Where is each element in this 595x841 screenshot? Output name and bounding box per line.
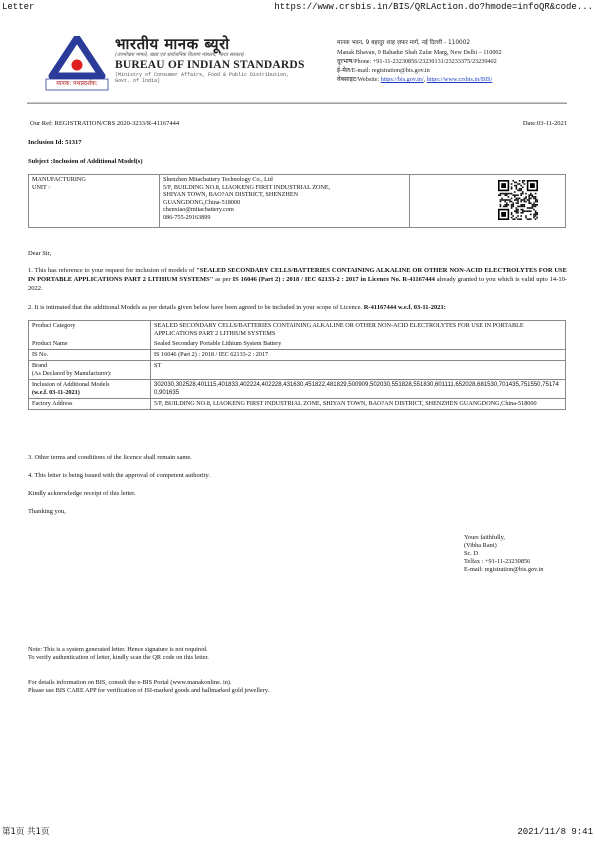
mfg-line: GUANGDONG,China-518000	[163, 199, 406, 207]
licence-effective: R-41167444 w.e.f. 03-11-2021:	[364, 304, 446, 311]
page-number: 第1页 共1页	[2, 827, 50, 838]
table-row: IS No. IS 16046 (Part 2) : 2018 / IEC 62…	[29, 350, 566, 361]
licence-number: R-41167444	[402, 276, 435, 283]
website-label: वेबसाइट/Website:	[337, 76, 381, 83]
manufacturing-unit-label-text: MANUFACTURING UNIT :	[32, 176, 102, 191]
letterhead: मानक: पथप्रदर्शक: भारतीय मानक ब्यूरो (उप…	[40, 36, 570, 96]
model-details-table: Product Category SEALED SECONDARY CELLS/…	[28, 320, 566, 410]
is-no-value: IS 16046 (Part 2) : 2018 / IEC 62133-2 :…	[151, 350, 566, 361]
manufacturing-unit-table: MANUFACTURING UNIT : Shenzhen Mitacbatte…	[28, 174, 566, 228]
address-english: Manak Bhavan, 9 Bahadur Shah Zafar Marg,…	[337, 48, 577, 57]
salutation: Dear Sir,	[28, 249, 567, 258]
mfg-line: Shenzhen Mitacbattery Technology Co., Lt…	[163, 176, 406, 184]
mfg-line: SHIYAN TOWN, BAO?AN DISTRICT, SHENZHEN	[163, 191, 406, 199]
acknowledge-line: Kindly acknowledge receipt of this lette…	[28, 489, 567, 498]
signatory-designation: Sc. D	[464, 550, 543, 558]
table-row: Product Category SEALED SECONDARY CELLS/…	[29, 321, 566, 340]
paragraph-4: 4. This letter is being issued with the …	[28, 471, 567, 480]
table-row: Brand(As Declared by Manufacturer): ST	[29, 361, 566, 380]
models-value: 302030,302528,401115,401833,402224,40222…	[151, 380, 566, 399]
our-ref: Our Ref: REGISTRATION/CRS 2020-3233/R-41…	[30, 120, 179, 128]
inclusion-id: Inclusion Id: 51317	[28, 139, 81, 147]
qr-cell	[410, 175, 566, 228]
note-verify-qr: To verify authentication of letter, kind…	[28, 654, 209, 662]
bis-logo: मानक: पथप्रदर्शक:	[44, 36, 110, 92]
para1-text: 1. This has reference to your request fo…	[28, 267, 196, 274]
closing: Yours faithfully,	[464, 534, 543, 542]
bis-website-link[interactable]: https://bis.gov.in/	[381, 76, 424, 83]
models-label-2: (w.e.f. 03-11-2021)	[32, 389, 147, 397]
logo-caption: मानक: पथप्रदर्शक:	[48, 80, 106, 88]
ministry-line-2: Govt. of India)	[115, 78, 355, 84]
print-footer: 第1页 共1页 2021/11/8 9:41	[2, 827, 593, 839]
models-label-1: Inclusion of Additional Models	[32, 381, 147, 389]
para2-text: 2. It is intimated that the additional M…	[28, 304, 364, 311]
org-name-hindi: भारतीय मानक ब्यूरो	[115, 36, 355, 52]
manufacturing-unit-details: Shenzhen Mitacbattery Technology Co., Lt…	[160, 175, 410, 228]
brand-value: ST	[151, 361, 566, 380]
manufacturing-unit-label: MANUFACTURING UNIT :	[29, 175, 160, 228]
brand-label-2: (As Declared by Manufacturer):	[32, 370, 147, 378]
qr-code-icon[interactable]	[498, 180, 538, 220]
mfg-line: 5/F, BUILDING NO.8, LIAOKENG FIRST INDUS…	[163, 184, 406, 192]
factory-address-value: 5/F, BUILDING NO.8, LIAOKENG FIRST INDUS…	[151, 399, 566, 410]
paragraph-1: 1. This has reference to your request fo…	[28, 266, 567, 293]
signatory-name: (Vibha Rani)	[464, 542, 543, 550]
brand-label: Brand(As Declared by Manufacturer):	[29, 361, 151, 380]
table-row: Factory Address 5/F, BUILDING NO.8, LIAO…	[29, 399, 566, 410]
letter-date: Date:03-11-2021	[523, 120, 567, 128]
signatory-email: E-mail: registration@bis.gov.in	[464, 566, 543, 574]
paragraph-2: 2. It is intimated that the additional M…	[28, 303, 567, 312]
table-row: Inclusion of Additional Models(w.e.f. 03…	[29, 380, 566, 399]
product-name-value: Sealed Secondary Portable Lithium System…	[151, 339, 566, 350]
address-hindi: मानक भवन, 9 बहादुर शाह ज़फर मार्ग, नई दि…	[337, 39, 577, 48]
mfg-line: 086-755-29163899	[163, 214, 406, 222]
subject-line: Subject :Inclusion of Additional Model(s…	[28, 158, 143, 166]
print-url: https://www.crsbis.in/BIS/QRLAction.do?h…	[274, 2, 593, 13]
product-category-value: SEALED SECONDARY CELLS/BATTERIES CONTAIN…	[151, 321, 566, 340]
thanking-line: Thanking you,	[28, 507, 567, 516]
is-no-label: IS No.	[29, 350, 151, 361]
note-bis-care-app: Please use BIS CARE APP for verification…	[28, 687, 269, 695]
note-system-generated: Note: This is a system generated letter.…	[28, 646, 207, 654]
para1-text: in Licence No.	[359, 276, 403, 283]
table-row: Product Name Sealed Secondary Portable L…	[29, 339, 566, 350]
print-title: Letter	[2, 2, 34, 13]
signatory-telfax: Telfax : +91-11-23230856	[464, 558, 543, 566]
product-name-label: Product Name	[29, 339, 151, 350]
factory-address-label: Factory Address	[29, 399, 151, 410]
print-header: Letter https://www.crsbis.in/BIS/QRLActi…	[2, 2, 593, 14]
contact-block: मानक भवन, 9 बहादुर शाह ज़फर मार्ग, नई दि…	[337, 39, 577, 84]
org-name-english: BUREAU OF INDIAN STANDARDS	[115, 59, 355, 72]
crsbis-website-link[interactable]: https://www.crsbis.in/BIS/	[427, 76, 493, 83]
email: ई-मेल/E-mail: registration@bis.gov.in	[337, 66, 577, 75]
standard-number: IS 16046 (Part 2) : 2018 / IEC 62133-2 :…	[233, 276, 359, 283]
signoff-block: Yours faithfully, (Vibha Rani) Sc. D Tel…	[464, 534, 543, 574]
mfg-line: chenxiao@mitacbattery.com	[163, 206, 406, 214]
models-label: Inclusion of Additional Models(w.e.f. 03…	[29, 380, 151, 399]
print-timestamp: 2021/11/8 9:41	[517, 827, 593, 838]
product-category-label: Product Category	[29, 321, 151, 340]
letterhead-divider	[27, 102, 567, 104]
brand-label-1: Brand	[32, 362, 147, 370]
phone: दूरभाष/Phone: +91-11-23230856/23230131/2…	[337, 57, 577, 66]
org-subtitle-hindi: (उपभोक्ता मामले, खाद्य एवं सार्वजनिक वित…	[115, 52, 355, 59]
paragraph-3: 3. Other terms and conditions of the lic…	[28, 453, 567, 462]
note-ebis-portal: For details information on BIS, consult …	[28, 679, 232, 687]
para1-text: as per	[213, 276, 232, 283]
org-name-block: भारतीय मानक ब्यूरो (उपभोक्ता मामले, खाद्…	[115, 36, 355, 84]
website: वेबसाइट/Website: https://bis.gov.in/, ht…	[337, 75, 577, 84]
